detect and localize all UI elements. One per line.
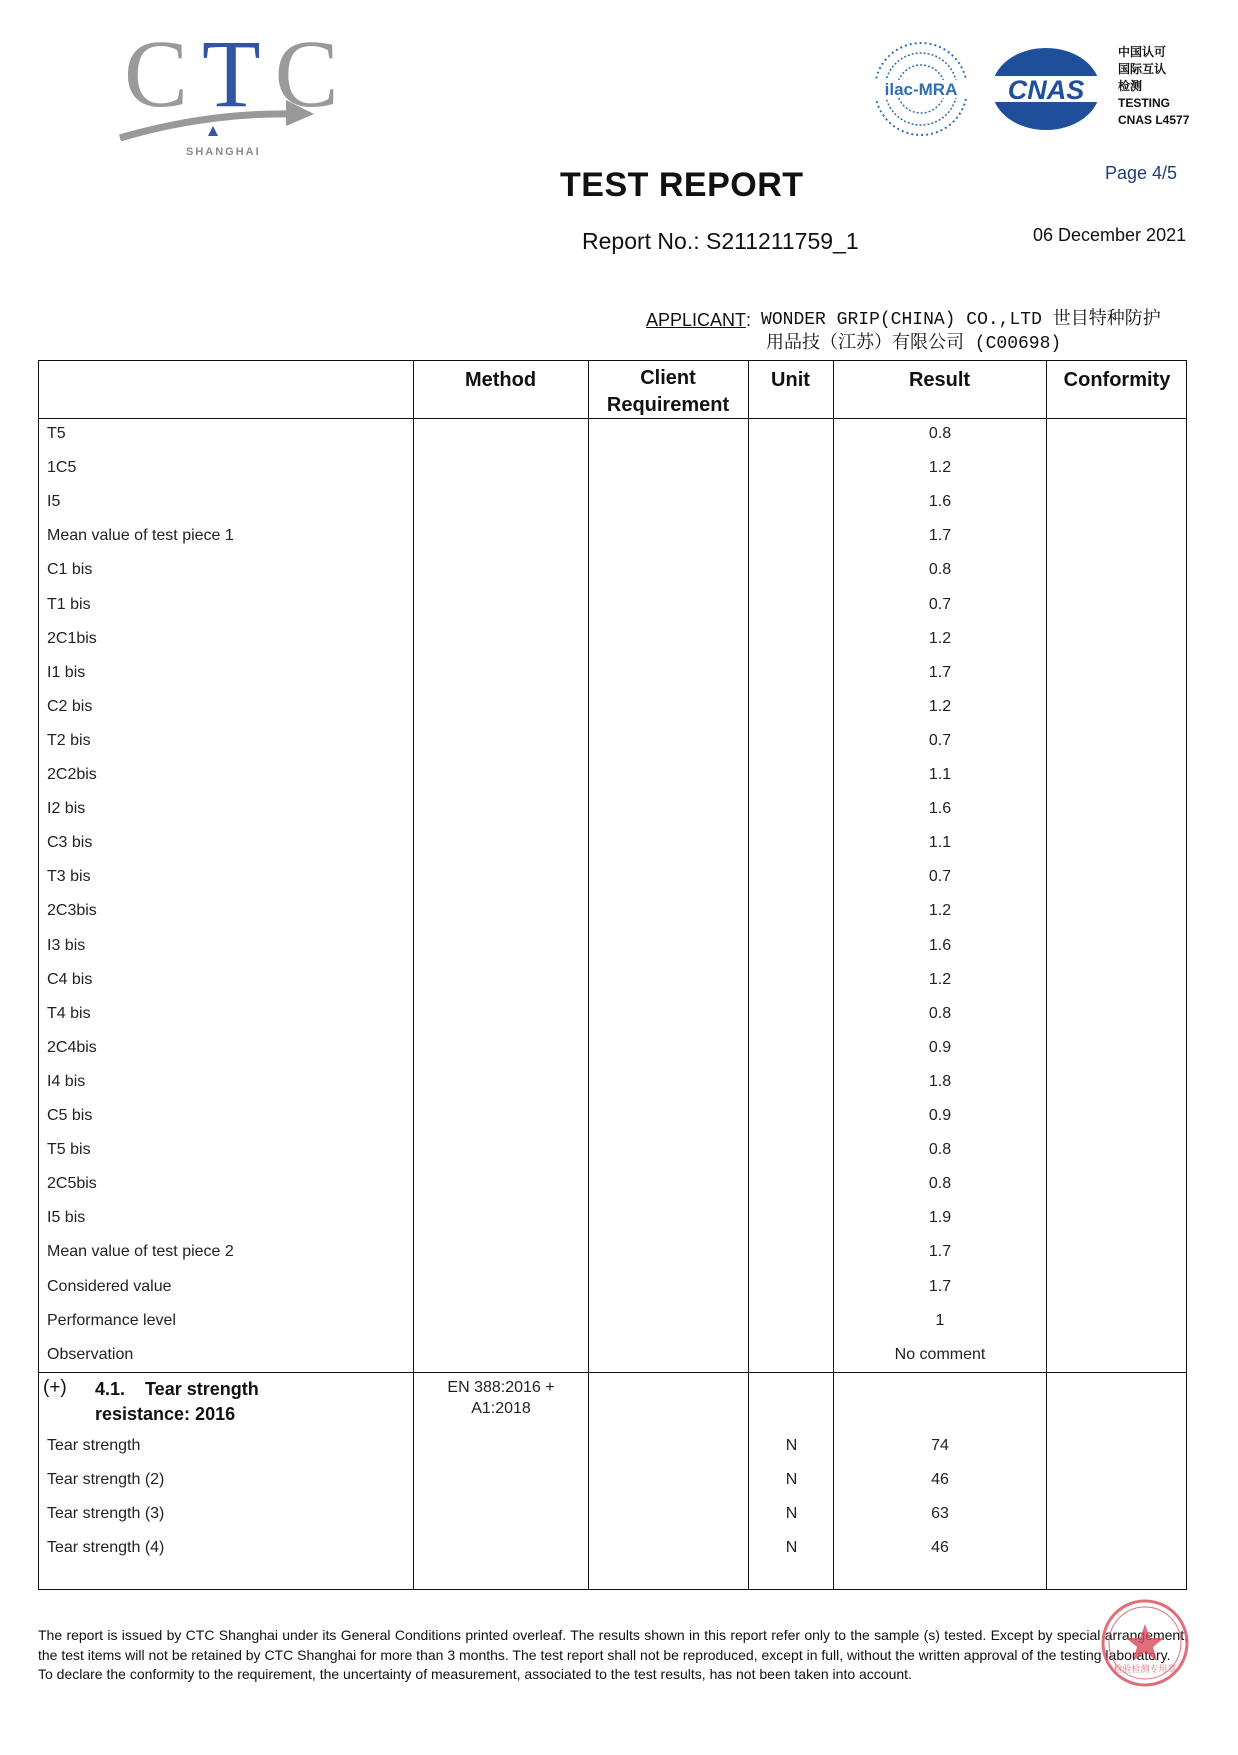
logo-city: SHANGHAI [186,146,261,158]
row-unit [749,553,834,587]
table-row: 2C5bis0.8 [39,1167,1186,1201]
row-item-label: I2 bis [47,792,85,826]
row-unit [749,451,834,485]
row-result: 46 [834,1463,1046,1497]
section-method: EN 388:2016 + A1:2018 [414,1377,588,1419]
row-result: 0.8 [834,417,1046,451]
table-row: I2 bis1.6 [39,792,1186,826]
section-title: 4.1. Tear strength resistance: 2016 [95,1377,259,1427]
stamp-text: 检验检测专用章 [1113,1663,1176,1675]
ilac-label: ilac-MRA [885,80,958,99]
row-unit [749,1065,834,1099]
row-result: 1.9 [834,1201,1046,1235]
row-unit [749,724,834,758]
row-item-label: T3 bis [47,860,91,894]
client-line2: Requirement [588,392,748,419]
accred-line: TESTING [1118,95,1189,112]
row-result: 1.6 [834,485,1046,519]
accred-line: CNAS L4577 [1118,112,1189,129]
row-unit: N [749,1497,834,1531]
row-unit [749,792,834,826]
row-result: 46 [834,1531,1046,1565]
row-unit [749,1338,834,1372]
client-line1: Client [588,365,748,392]
row-unit [749,1235,834,1269]
table-row: T3 bis0.7 [39,860,1186,894]
table-row: C2 bis1.2 [39,690,1186,724]
row-unit: N [749,1531,834,1565]
row-item-label: Mean value of test piece 1 [47,519,234,553]
row-item-label: Observation [47,1338,133,1372]
table-row: C4 bis1.2 [39,963,1186,997]
row-item-label: I1 bis [47,656,85,690]
col-header-client-requirement: Client Requirement [588,361,748,418]
row-result: 1.2 [834,622,1046,656]
row-item-label: Tear strength (2) [47,1463,164,1497]
row-unit [749,1201,834,1235]
section-title-line2: resistance: 2016 [95,1402,259,1427]
row-item-label: T5 [47,417,66,451]
row-result: 63 [834,1497,1046,1531]
cnas-label: CNAS [1008,75,1085,105]
row-result: 0.8 [834,553,1046,587]
arrow-swoosh-icon [118,94,318,154]
accred-line: 国际互认 [1118,61,1189,78]
report-date: 06 December 2021 [1033,225,1186,246]
table-row: Mean value of test piece 21.7 [39,1235,1186,1269]
row-item-label: I3 bis [47,929,85,963]
row-item-label: Performance level [47,1304,176,1338]
row-item-label: T1 bis [47,588,91,622]
row-unit [749,826,834,860]
table-row: ObservationNo comment [39,1338,1186,1372]
row-unit [749,1031,834,1065]
applicant-block: APPLICANT: WONDER GRIP(CHINA) CO.,LTD 世目… [646,308,1161,356]
report-title: TEST REPORT [560,166,804,205]
row-item-label: Tear strength (4) [47,1531,164,1565]
row-item-label: 2C5bis [47,1167,97,1201]
row-result: 1.7 [834,1270,1046,1304]
row-unit [749,656,834,690]
official-seal-icon: 检验检测专用章 [1100,1598,1190,1688]
row-item-label: Considered value [47,1270,172,1304]
applicant-name-line1: WONDER GRIP(CHINA) CO.,LTD 世目特种防护 [761,308,1161,332]
row-item-label: 1C5 [47,451,76,485]
table-row: 2C1bis1.2 [39,622,1186,656]
table-row: C3 bis1.1 [39,826,1186,860]
row-unit [749,588,834,622]
section-title-line1: 4.1. Tear strength [95,1377,259,1402]
row-item-label: T5 bis [47,1133,91,1167]
table-row: Tear strength (4)N46 [39,1531,1186,1565]
row-item-label: 2C3bis [47,894,97,928]
row-result: 74 [834,1429,1046,1463]
section-tear-strength-header: (+) 4.1. Tear strength resistance: 2016 … [39,1373,1186,1429]
row-unit [749,860,834,894]
col-header-conformity: Conformity [1046,361,1188,418]
row-result: 1.6 [834,792,1046,826]
row-result: 1.2 [834,690,1046,724]
col-header-method: Method [413,361,588,418]
row-unit [749,963,834,997]
row-item-label: C3 bis [47,826,92,860]
table-row: T50.8 [39,417,1186,451]
applicant-label: APPLICANT [646,308,746,332]
applicant-name-line2: 用品技（江苏）有限公司 (C00698) [646,332,1161,356]
row-result: 0.7 [834,860,1046,894]
row-result: 1.7 [834,656,1046,690]
row-item-label: 2C4bis [47,1031,97,1065]
row-item-label: C2 bis [47,690,92,724]
row-item-label: Tear strength (3) [47,1497,164,1531]
table-row: T4 bis0.8 [39,997,1186,1031]
row-unit: N [749,1463,834,1497]
row-unit [749,1167,834,1201]
row-result: 0.7 [834,724,1046,758]
row-unit [749,1133,834,1167]
row-result: 1.2 [834,894,1046,928]
row-result: 1.7 [834,1235,1046,1269]
row-item-label: C4 bis [47,963,92,997]
table-row: I3 bis1.6 [39,929,1186,963]
row-unit [749,758,834,792]
footer-uncertainty: To declare the conformity to the require… [38,1665,1188,1685]
table-row: Tear strength (2)N46 [39,1463,1186,1497]
row-unit: N [749,1429,834,1463]
accreditation-text: 中国认可 国际互认 检测 TESTING CNAS L4577 [1118,44,1189,129]
row-unit [749,485,834,519]
row-item-label: T2 bis [47,724,91,758]
row-item-label: C5 bis [47,1099,92,1133]
row-result: 0.9 [834,1099,1046,1133]
row-item-label: Tear strength [47,1429,140,1463]
footer-disclaimer: The report is issued by CTC Shanghai und… [38,1626,1188,1685]
section-marker: (+) [43,1377,67,1399]
row-result: 1.2 [834,963,1046,997]
col-header-unit: Unit [748,361,833,418]
method-line1: EN 388:2016 + [414,1377,588,1398]
table-row: 2C4bis0.9 [39,1031,1186,1065]
row-result: 1.7 [834,519,1046,553]
row-unit [749,997,834,1031]
row-result: 0.8 [834,997,1046,1031]
row-result: No comment [834,1338,1046,1372]
ctc-logo: CTC SHANGHAI [118,24,338,164]
row-item-label: I5 bis [47,1201,85,1235]
table-row: I1 bis1.7 [39,656,1186,690]
row-unit [749,690,834,724]
table-row: I51.6 [39,485,1186,519]
footer-conditions: The report is issued by CTC Shanghai und… [38,1626,1188,1665]
row-unit [749,622,834,656]
row-result: 0.8 [834,1167,1046,1201]
table-row: Performance level1 [39,1304,1186,1338]
table-row: I5 bis1.9 [39,1201,1186,1235]
table-row: 1C51.2 [39,451,1186,485]
row-item-label: 2C1bis [47,622,97,656]
row-item-label: Mean value of test piece 2 [47,1235,234,1269]
row-unit [749,1304,834,1338]
row-unit [749,417,834,451]
table-row: 2C2bis1.1 [39,758,1186,792]
row-item-label: C1 bis [47,553,92,587]
row-item-label: 2C2bis [47,758,97,792]
row-result: 1.1 [834,826,1046,860]
table-row: C5 bis0.9 [39,1099,1186,1133]
row-result: 0.8 [834,1133,1046,1167]
result-table: Method Client Requirement Unit Result Co… [38,360,1187,1590]
table-row: T1 bis0.7 [39,588,1186,622]
ilac-mra-logo-icon: ilac-MRA [872,40,970,138]
table-row: C1 bis0.8 [39,553,1186,587]
row-item-label: T4 bis [47,997,91,1031]
table-row: Mean value of test piece 11.7 [39,519,1186,553]
row-result: 0.7 [834,588,1046,622]
row-unit [749,929,834,963]
accred-line: 中国认可 [1118,44,1189,61]
col-header-result: Result [833,361,1046,418]
table-row: I4 bis1.8 [39,1065,1186,1099]
table-row: T5 bis0.8 [39,1133,1186,1167]
row-item-label: I4 bis [47,1065,85,1099]
row-result: 1 [834,1304,1046,1338]
table-row: T2 bis0.7 [39,724,1186,758]
row-unit [749,1270,834,1304]
row-unit [749,519,834,553]
row-result: 1.1 [834,758,1046,792]
accred-line: 检测 [1118,78,1189,95]
row-unit [749,1099,834,1133]
row-result: 0.9 [834,1031,1046,1065]
report-number: Report No.: S211211759_1 [582,228,859,255]
page-number: Page 4/5 [1105,163,1177,184]
row-result: 1.8 [834,1065,1046,1099]
table-row: Tear strengthN74 [39,1429,1186,1463]
row-result: 1.2 [834,451,1046,485]
row-item-label: I5 [47,485,60,519]
table-row: 2C3bis1.2 [39,894,1186,928]
row-unit [749,894,834,928]
cnas-logo-icon: CNAS [990,46,1102,132]
method-line2: A1:2018 [414,1398,588,1419]
table-row: Considered value1.7 [39,1270,1186,1304]
table-row: Tear strength (3)N63 [39,1497,1186,1531]
row-result: 1.6 [834,929,1046,963]
